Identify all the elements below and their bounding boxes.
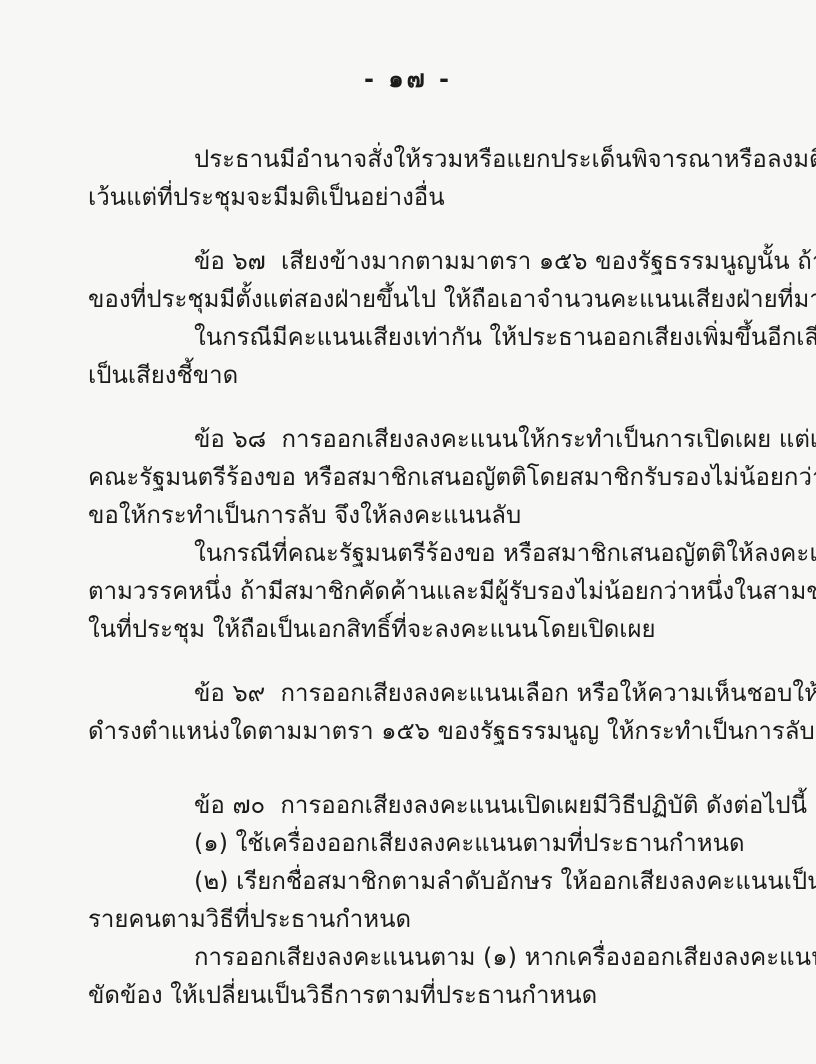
- text-line: คณะรัฐมนตรีร้องขอ หรือสมาชิกเสนอญัตติโดย…: [88, 458, 776, 496]
- text-line: ในกรณีที่คณะรัฐมนตรีร้องขอ หรือสมาชิกเสน…: [88, 534, 776, 572]
- text-line: (๒) เรียกชื่อสมาชิกตามลำดับอักษร ให้ออกเ…: [88, 862, 776, 900]
- text-line: ข้อ ๖๙ การออกเสียงลงคะแนนเลือก หรือให้คว…: [88, 674, 776, 712]
- page-number: - ๑๗ -: [0, 0, 816, 94]
- text-line: ดำรงตำแหน่งใดตามมาตรา ๑๕๖ ของรัฐธรรมนูญ …: [88, 712, 776, 750]
- text-line: ประธานมีอำนาจสั่งให้รวมหรือแยกประเด็นพิจ…: [88, 140, 776, 178]
- document-body: ประธานมีอำนาจสั่งให้รวมหรือแยกประเด็นพิจ…: [0, 94, 816, 1014]
- paragraph-kho-70: ข้อ ๗๐ การออกเสียงลงคะแนนเปิดเผยมีวิธีปฏ…: [88, 786, 776, 1014]
- document-page: - ๑๗ - ประธานมีอำนาจสั่งให้รวมหรือแยกประ…: [0, 0, 816, 1064]
- text-line: ข้อ ๖๗ เสียงข้างมากตามมาตรา ๑๕๖ ของรัฐธร…: [88, 242, 776, 280]
- text-line: (๑) ใช้เครื่องออกเสียงลงคะแนนตามที่ประธา…: [88, 824, 776, 862]
- text-line: เว้นแต่ที่ประชุมจะมีมติเป็นอย่างอื่น: [88, 178, 776, 216]
- paragraph-kho-69: ข้อ ๖๙ การออกเสียงลงคะแนนเลือก หรือให้คว…: [88, 674, 776, 750]
- text-line: ขอให้กระทำเป็นการลับ จึงให้ลงคะแนนลับ: [88, 496, 776, 534]
- text-line: การออกเสียงลงคะแนนตาม (๑) หากเครื่องออกเ…: [88, 938, 776, 976]
- paragraph-kho-68: ข้อ ๖๘ การออกเสียงลงคะแนนให้กระทำเป็นการ…: [88, 420, 776, 648]
- paragraph-kho-67: ข้อ ๖๗ เสียงข้างมากตามมาตรา ๑๕๖ ของรัฐธร…: [88, 242, 776, 394]
- text-line: ข้อ ๖๘ การออกเสียงลงคะแนนให้กระทำเป็นการ…: [88, 420, 776, 458]
- text-line: ของที่ประชุมมีตั้งแต่สองฝ่ายขึ้นไป ให้ถื…: [88, 280, 776, 318]
- text-line: รายคนตามวิธีที่ประธานกำหนด: [88, 900, 776, 938]
- text-line: ในกรณีมีคะแนนเสียงเท่ากัน ให้ประธานออกเส…: [88, 318, 776, 356]
- text-line: ตามวรรคหนึ่ง ถ้ามีสมาชิกคัดค้านและมีผู้ร…: [88, 572, 776, 610]
- text-line: ข้อ ๗๐ การออกเสียงลงคะแนนเปิดเผยมีวิธีปฏ…: [88, 786, 776, 824]
- paragraph-intro: ประธานมีอำนาจสั่งให้รวมหรือแยกประเด็นพิจ…: [88, 140, 776, 216]
- text-line: ขัดข้อง ให้เปลี่ยนเป็นวิธีการตามที่ประธา…: [88, 976, 776, 1014]
- text-line: ในที่ประชุม ให้ถือเป็นเอกสิทธิ์ที่จะลงคะ…: [88, 610, 776, 648]
- text-line: เป็นเสียงชี้ขาด: [88, 356, 776, 394]
